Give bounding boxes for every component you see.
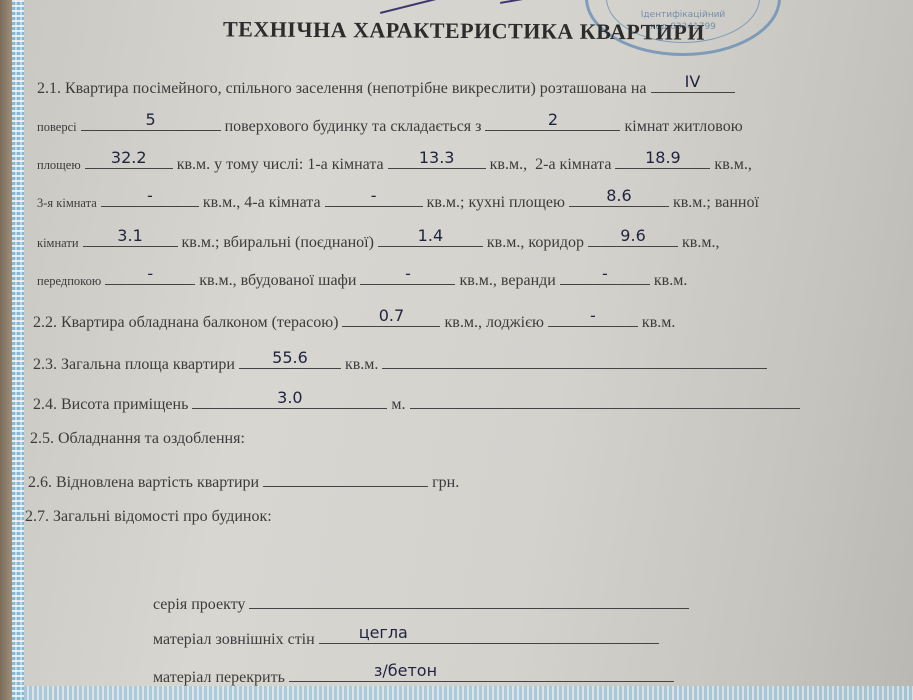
project-series-label: серія проекту [153, 596, 245, 613]
room2-unit: кв.м., [714, 156, 751, 173]
height-label: 2.4. Висота приміщень [33, 396, 188, 413]
wall-material-label: матеріал зовнішніх стін [153, 631, 315, 648]
bath-label2: кімнати [37, 236, 79, 250]
balcony-value: 0.7 [342, 306, 440, 325]
kitchen-value: 8.6 [569, 186, 669, 205]
corridor-value: 9.6 [588, 226, 678, 245]
total-area-unit: кв.м. [345, 356, 378, 373]
corridor-label: кв.м., коридор [487, 234, 584, 251]
floor-field[interactable]: IV [651, 74, 735, 93]
living-area-label: площею [37, 158, 81, 172]
floor-material-label: матеріал перекрить [153, 669, 285, 686]
wardrobe-field[interactable]: - [360, 266, 455, 285]
section-2-6: 2.6. Відновлена вартість квартири грн. [28, 468, 459, 492]
total-area-field[interactable]: 55.6 [239, 350, 341, 369]
wall-material-field[interactable]: цегла [319, 625, 659, 644]
veranda-field[interactable]: - [560, 266, 650, 285]
section-2-3: 2.3. Загальна площа квартири 55.6 кв.м. [33, 350, 767, 374]
storeys-field[interactable]: 5 [81, 112, 221, 131]
restored-value-field[interactable] [263, 468, 428, 487]
floor-material-field[interactable]: з/бетон [289, 663, 674, 682]
section-2-4: 2.4. Висота приміщень 3.0 м. [33, 390, 800, 414]
section-2-2: 2.2. Квартира обладнана балконом (терасо… [33, 308, 675, 332]
floor-material-value: з/бетон [289, 661, 674, 680]
loggia-value: - [548, 306, 638, 325]
floor-material-row: матеріал перекрить з/бетон [153, 663, 674, 687]
loggia-unit: кв.м. [642, 314, 675, 331]
height-field[interactable]: 3.0 [192, 390, 387, 409]
project-series-field[interactable] [249, 590, 689, 609]
rooms-label: кімнат житловою [624, 118, 742, 135]
project-series-row: серія проекту [153, 590, 689, 614]
rooms-field[interactable]: 2 [485, 112, 620, 131]
equipment-label: 2.5. Обладнання та оздоблення: [30, 430, 245, 447]
veranda-unit: кв.м. [654, 272, 687, 289]
loggia-label: кв.м., лоджією [444, 314, 543, 331]
rooms-value: 2 [485, 110, 620, 129]
section-2-1-intro: 2.1. Квартира посімейного, спільного зас… [37, 80, 647, 97]
room4-field[interactable]: - [325, 188, 423, 207]
room3-value: - [101, 186, 199, 205]
room2-field[interactable]: 18.9 [615, 150, 710, 169]
kitchen-field[interactable]: 8.6 [569, 188, 669, 207]
living-area-field[interactable]: 32.2 [85, 150, 173, 169]
total-area-extra-field[interactable] [382, 350, 767, 369]
floor-value: IV [651, 72, 735, 91]
room1-label: кв.м. у тому числі: 1-а кімната [177, 156, 384, 173]
building-info-label: 2.7. Загальні відомості про будинок: [25, 508, 272, 525]
room2-label: 2-а кімната [535, 156, 611, 173]
section-2-7: 2.7. Загальні відомості про будинок: [25, 508, 272, 526]
page-title: ТЕХНІЧНА ХАРАКТЕРИСТИКА КВАРТИРИ [223, 16, 705, 45]
total-area-label: 2.3. Загальна площа квартири [33, 356, 235, 373]
section-2-1-line5: кімнати 3.1 кв.м.; вбиральні (поєднаної)… [37, 228, 719, 252]
room3-label: 3-я кімната [37, 196, 97, 210]
veranda-label: кв.м., веранди [459, 272, 555, 289]
room4-label: кв.м., 4-а кімната [203, 194, 321, 211]
hall-field[interactable]: - [105, 266, 195, 285]
toilet-value: 1.4 [378, 226, 483, 245]
hall-value: - [105, 264, 195, 283]
section-2-1-line6: передпокою - кв.м., вбудованої шафи - кв… [37, 266, 687, 290]
section-2-1-line3: площею 32.2 кв.м. у тому числі: 1-а кімн… [37, 150, 752, 174]
storeys-label: поверхового будинку та складається з [225, 118, 482, 135]
bath-value: 3.1 [83, 226, 178, 245]
section-2-5: 2.5. Обладнання та оздоблення: [30, 430, 245, 448]
veranda-value: - [560, 264, 650, 283]
storeys-value: 5 [81, 110, 221, 129]
corridor-unit: кв.м., [682, 234, 719, 251]
loggia-field[interactable]: - [548, 308, 638, 327]
restored-value-unit: грн. [432, 474, 459, 491]
ornamental-border-bottom [24, 686, 913, 700]
wall-material-value: цегла [319, 623, 659, 642]
room1-value: 13.3 [388, 148, 486, 167]
floor-label: поверсі [37, 120, 77, 134]
room1-unit: кв.м., [490, 156, 527, 173]
hall-label: передпокою [37, 274, 101, 288]
kitchen-label: кв.м.; кухні площею [427, 194, 565, 211]
toilet-label: кв.м.; вбиральні (поєднаної) [182, 234, 374, 251]
living-area-value: 32.2 [85, 148, 173, 167]
bath-field[interactable]: 3.1 [83, 228, 178, 247]
room3-field[interactable]: - [101, 188, 199, 207]
height-value: 3.0 [192, 388, 387, 407]
section-2-1-intro-line: 2.1. Квартира посімейного, спільного зас… [37, 74, 735, 98]
wardrobe-label: кв.м., вбудованої шафи [199, 272, 356, 289]
corridor-field[interactable]: 9.6 [588, 228, 678, 247]
total-area-value: 55.6 [239, 348, 341, 367]
section-2-1-line2: поверсі 5 поверхового будинку та складає… [37, 112, 743, 136]
height-unit: м. [391, 396, 405, 413]
ornamental-border [12, 0, 24, 700]
toilet-field[interactable]: 1.4 [378, 228, 483, 247]
bath-label: кв.м.; ванної [673, 194, 759, 211]
restored-value-label: 2.6. Відновлена вартість квартири [28, 474, 259, 491]
room4-value: - [325, 186, 423, 205]
room2-value: 18.9 [615, 148, 710, 167]
room1-field[interactable]: 13.3 [388, 150, 486, 169]
height-extra-field[interactable] [410, 390, 800, 409]
wall-material-row: матеріал зовнішніх стін цегла [153, 625, 659, 649]
balcony-field[interactable]: 0.7 [342, 308, 440, 327]
section-2-1-line4: 3-я кімната - кв.м., 4-а кімната - кв.м.… [37, 188, 759, 212]
balcony-label: 2.2. Квартира обладнана балконом (терасо… [33, 314, 338, 331]
binding-spine [0, 0, 12, 700]
wardrobe-value: - [360, 264, 455, 283]
